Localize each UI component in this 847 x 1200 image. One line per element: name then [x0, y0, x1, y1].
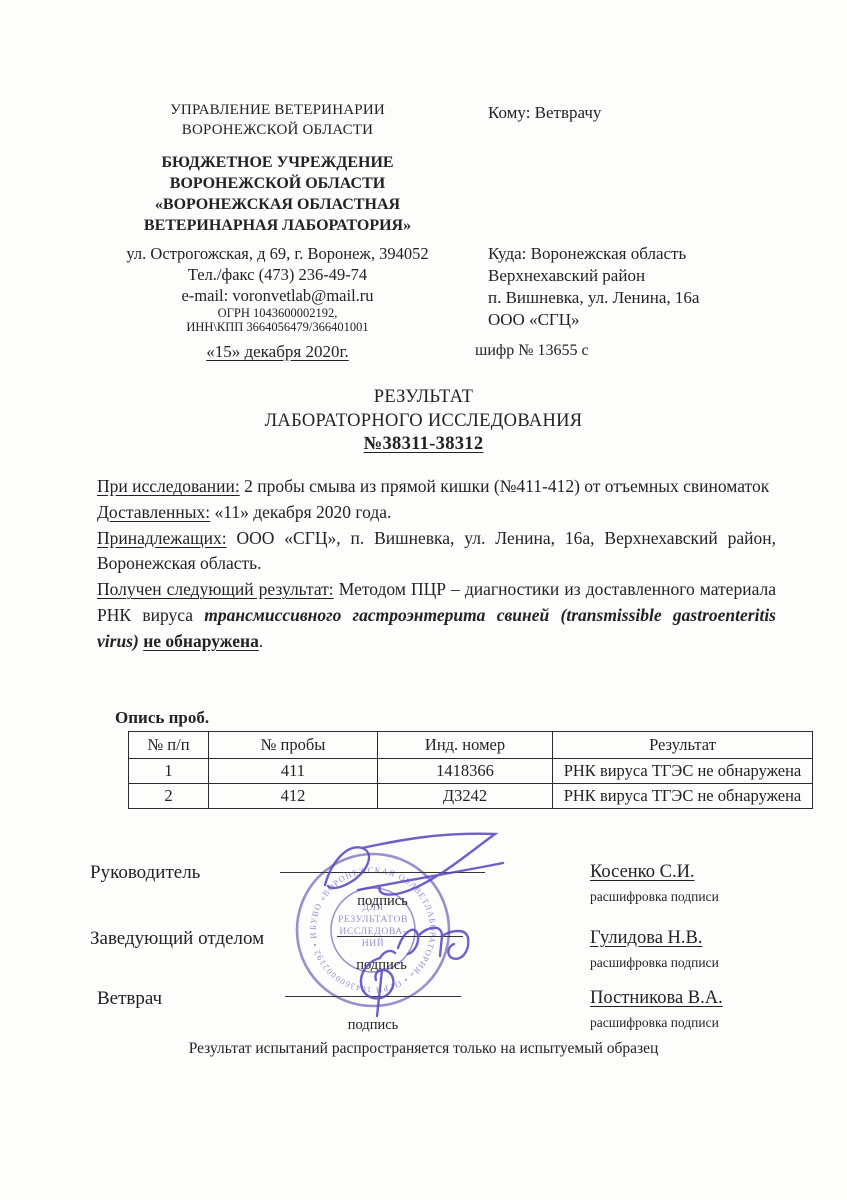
- col-result: Результат: [553, 732, 813, 759]
- sign-caption: подпись: [300, 957, 463, 974]
- samples-caption: Опись проб.: [115, 708, 209, 728]
- signature-line: [337, 936, 463, 937]
- phone-line: Тел./факс (473) 236-49-74: [95, 264, 460, 285]
- stamp-center-line2: РЕЗУЛЬТАТОВ: [338, 914, 408, 925]
- sig-role-director: Руководитель: [90, 862, 200, 884]
- delivered-label: Доставленных:: [97, 502, 210, 522]
- sign-caption: подпись: [280, 893, 485, 910]
- cell-sample: 411: [209, 759, 378, 784]
- recipient-line: Кому: Ветврачу: [488, 102, 788, 124]
- contact-block: ул. Острогожская, д 69, г. Воронеж, 3940…: [95, 243, 460, 334]
- table-row: 1 411 1418366 РНК вируса ТГЭС не обнаруж…: [129, 759, 813, 784]
- org-line4: ВЕТЕРИНАРНАЯ ЛАБОРАТОРИЯ»: [95, 215, 460, 236]
- document-title: РЕЗУЛЬТАТ ЛАБОРАТОРНОГО ИССЛЕДОВАНИЯ №38…: [0, 386, 847, 457]
- result-label: Получен следующий результат:: [97, 579, 334, 599]
- document-page: УПРАВЛЕНИЕ ВЕТЕРИНАРИИ ВОРОНЕЖСКОЙ ОБЛАС…: [0, 0, 847, 1200]
- title-number: №38311-38312: [0, 433, 847, 457]
- org-line1: БЮДЖЕТНОЕ УЧРЕЖДЕНИЕ: [95, 152, 460, 173]
- cell-result: РНК вируса ТГЭС не обнаружена: [553, 784, 813, 809]
- sig-role-head-of-dept: Заведующий отделом: [90, 928, 264, 950]
- date-wrap: «15» декабря 2020г.: [95, 342, 460, 362]
- inn-kpp-line: ИНН\КПП 3664056479/366401001: [95, 320, 460, 334]
- organization-name: БЮДЖЕТНОЕ УЧРЕЖДЕНИЕ ВОРОНЕЖСКОЙ ОБЛАСТИ…: [95, 152, 460, 236]
- paragraph-examined: При исследовании: 2 пробы смыва из прямо…: [97, 474, 776, 500]
- col-num: № п/п: [129, 732, 209, 759]
- signature-stroke-head-of-dept: [398, 928, 468, 959]
- stamp-outer-circle: [297, 854, 449, 1006]
- ogrn-line: ОГРН 1043600002192,: [95, 306, 460, 320]
- cell-num: 1: [129, 759, 209, 784]
- delivered-text: «11» декабря 2020 года.: [210, 502, 391, 522]
- department-line1: УПРАВЛЕНИЕ ВЕТЕРИНАРИИ: [95, 100, 460, 120]
- cell-sample: 412: [209, 784, 378, 809]
- name-caption: расшифровка подписи: [590, 889, 719, 905]
- dest-company: ООО «СГЦ»: [488, 309, 788, 331]
- col-ind-number: Инд. номер: [378, 732, 553, 759]
- department-name: УПРАВЛЕНИЕ ВЕТЕРИНАРИИ ВОРОНЕЖСКОЙ ОБЛАС…: [95, 100, 460, 140]
- handwritten-signatures: [270, 830, 530, 1030]
- document-date: «15» декабря 2020г.: [206, 342, 349, 361]
- destination-block: Куда: Воронежская область Верхнехавский …: [488, 243, 788, 331]
- org-line3: «ВОРОНЕЖСКАЯ ОБЛАСТНАЯ: [95, 194, 460, 215]
- owner-label: Принадлежащих:: [97, 528, 227, 548]
- cipher-number: шифр № 13655 с: [475, 342, 589, 360]
- result-period: .: [259, 631, 263, 651]
- sig-name-vet: Постникова В.А.: [590, 988, 723, 1009]
- round-stamp: БУВО «ВОРОНЕЖСКАЯ ОБЛВЕТЛАБОРАТОРИЯ» • О…: [293, 850, 453, 1010]
- email-line: e-mail: voronvetlab@mail.ru: [95, 285, 460, 306]
- dest-district: Верхнехавский район: [488, 265, 788, 287]
- col-sample: № пробы: [209, 732, 378, 759]
- cell-ind-number: Д3242: [378, 784, 553, 809]
- name-caption: расшифровка подписи: [590, 955, 719, 971]
- samples-table: № п/п № пробы Инд. номер Результат 1 411…: [128, 731, 813, 809]
- footer-disclaimer: Результат испытаний распространяется тол…: [0, 1040, 847, 1058]
- cell-num: 2: [129, 784, 209, 809]
- dest-street: п. Вишневка, ул. Ленина, 16а: [488, 287, 788, 309]
- paragraph-owner: Принадлежащих: ООО «СГЦ», п. Вишневка, у…: [97, 526, 776, 578]
- sign-caption: подпись: [285, 1017, 461, 1034]
- address-line: ул. Острогожская, д 69, г. Воронеж, 3940…: [95, 243, 460, 264]
- title-line1: РЕЗУЛЬТАТ: [0, 386, 847, 410]
- signature-stroke-director: [325, 834, 503, 895]
- dest-region: Куда: Воронежская область: [488, 243, 788, 265]
- table-header-row: № п/п № пробы Инд. номер Результат: [129, 732, 813, 759]
- cell-result: РНК вируса ТГЭС не обнаружена: [553, 759, 813, 784]
- org-line2: ВОРОНЕЖСКОЙ ОБЛАСТИ: [95, 173, 460, 194]
- sig-name-director: Косенко С.И.: [590, 862, 695, 883]
- signature-line: [285, 996, 461, 997]
- examined-text: 2 пробы смыва из прямой кишки (№411-412)…: [240, 476, 770, 496]
- cell-ind-number: 1418366: [378, 759, 553, 784]
- body-text: При исследовании: 2 пробы смыва из прямо…: [97, 474, 776, 655]
- table-row: 2 412 Д3242 РНК вируса ТГЭС не обнаружен…: [129, 784, 813, 809]
- sig-role-vet: Ветврач: [97, 988, 162, 1010]
- department-line2: ВОРОНЕЖСКОЙ ОБЛАСТИ: [95, 120, 460, 140]
- paragraph-result: Получен следующий результат: Методом ПЦР…: [97, 577, 776, 654]
- paragraph-delivered: Доставленных: «11» декабря 2020 года.: [97, 500, 776, 526]
- name-caption: расшифровка подписи: [590, 1015, 719, 1031]
- sig-name-head-of-dept: Гулидова Н.В.: [590, 928, 703, 949]
- result-verdict: не обнаружена: [143, 631, 259, 651]
- signature-line: [280, 872, 485, 873]
- stamp-center-line4: НИЙ: [362, 937, 385, 949]
- examined-label: При исследовании:: [97, 476, 240, 496]
- title-line2: ЛАБОРАТОРНОГО ИССЛЕДОВАНИЯ: [0, 410, 847, 434]
